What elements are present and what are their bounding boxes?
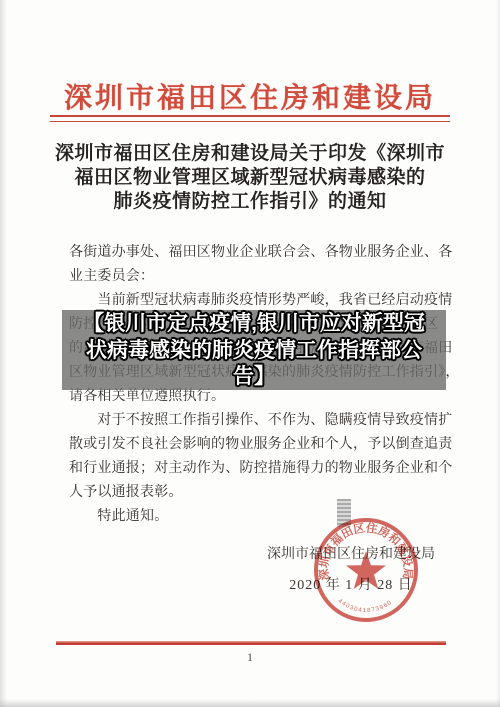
body-line: 对于不按照工作指引操作、不作为、隐瞒疫情导致疫情扩 — [69, 409, 452, 433]
body-line: 和行业通报；对主动作为、防控措施得力的物业服务企业和个 — [69, 457, 452, 481]
official-seal: 深圳市福田区住房和建设局 4403041873960 — [311, 515, 421, 625]
page-number: 1 — [0, 650, 500, 665]
overlay-caption: 【银川市定点疫情,银川市应对新型冠状病毒感染的肺炎疫情工作指挥部公告】 — [62, 310, 446, 393]
document-photo: 深圳市福田区住房和建设局 深圳市福田区住房和建设局关于印发《深圳市福田区物业管理… — [0, 0, 500, 707]
body-line: 业主委员会： — [69, 265, 452, 289]
footer-red-rule — [56, 641, 446, 645]
photo-edge-bottom — [0, 699, 500, 707]
title-line: 肺炎疫情防控工作指引》的通知 — [40, 190, 460, 214]
agency-letterhead: 深圳市福田区住房和建设局 — [0, 76, 500, 116]
body-line: 散或引发不良社会影响的物业服务企业和个人，予以倒查追责 — [69, 433, 452, 457]
seal-serial-number: 4403041873960 — [337, 598, 394, 614]
body-line: 各街道办事处、福田区物业企业联合会、各物业服务企业、各 — [69, 241, 452, 265]
title-line: 深圳市福田区住房和建设局关于印发《深圳市 — [40, 142, 460, 166]
svg-text:4403041873960: 4403041873960 — [337, 598, 394, 614]
body-line: 人予以通报表彰。 — [69, 481, 452, 505]
letterhead-double-rule — [50, 115, 450, 122]
seal-star-icon — [346, 551, 386, 589]
title-line: 福田区物业管理区域新型冠状病毒感染的 — [40, 166, 460, 190]
document-title: 深圳市福田区住房和建设局关于印发《深圳市福田区物业管理区域新型冠状病毒感染的肺炎… — [40, 142, 460, 214]
